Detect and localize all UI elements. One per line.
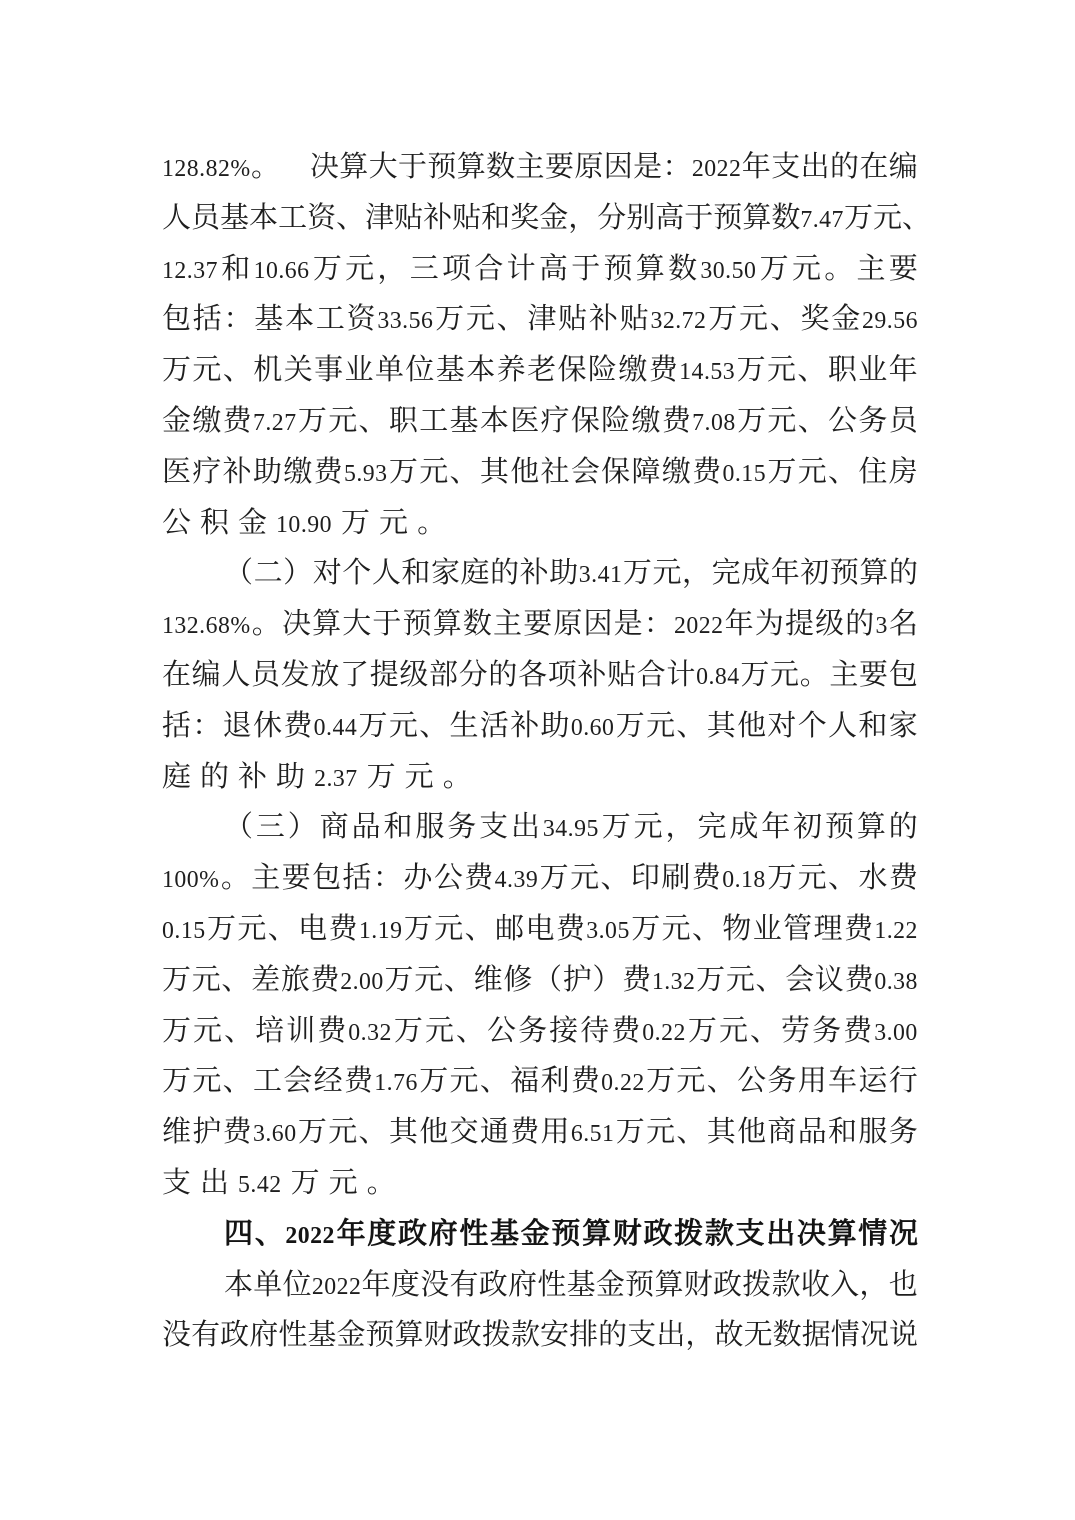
text-line: 万元、工会经费1.76万元、福利费0.22万元、公务用车运行 bbox=[162, 1056, 918, 1107]
cjk-char: 财 bbox=[684, 1260, 713, 1311]
cjk-char: 、 bbox=[692, 904, 721, 955]
cjk-char: ， bbox=[682, 548, 711, 599]
cjk-char: 奖 bbox=[800, 294, 829, 345]
cjk-char: 元 bbox=[726, 955, 755, 1006]
numeric-run: 12.37 bbox=[162, 246, 218, 295]
cjk-char: 要 bbox=[859, 650, 888, 701]
numeric-run: 3 bbox=[875, 601, 887, 650]
cjk-char: 、 bbox=[707, 1056, 736, 1107]
numeric-run: 1.76 bbox=[374, 1058, 418, 1107]
text-line: 括：退休费0.44万元、生活补助0.60万元、其他对个人和家 bbox=[162, 701, 918, 752]
cjk-char: ， bbox=[859, 1260, 888, 1311]
cjk-char: 数 bbox=[771, 193, 800, 244]
cjk-char: 万 bbox=[540, 853, 569, 904]
numeric-run: 2.00 bbox=[340, 957, 384, 1006]
cjk-char: 名 bbox=[889, 599, 918, 650]
cjk-char: 会 bbox=[571, 447, 600, 498]
cjk-char: 基 bbox=[567, 1260, 596, 1311]
numeric-run: 5.42 bbox=[238, 1160, 282, 1209]
cjk-char: 和 bbox=[383, 802, 412, 853]
cjk-char: 完 bbox=[697, 802, 726, 853]
cjk-char: 算 bbox=[654, 1260, 683, 1311]
cjk-char: 基 bbox=[450, 396, 479, 447]
cjk-char: 算 bbox=[828, 1209, 857, 1260]
cjk-char: 缴 bbox=[632, 396, 661, 447]
cjk-char: ） bbox=[283, 548, 312, 599]
cjk-char: 、 bbox=[224, 1006, 253, 1057]
cjk-char: 要 bbox=[282, 853, 311, 904]
cjk-char: 元 bbox=[192, 345, 221, 396]
numeric-run: 132.68% bbox=[162, 601, 251, 650]
cjk-char: 金 bbox=[336, 1310, 365, 1361]
numeric-run: 6.51 bbox=[571, 1109, 615, 1158]
cjk-char: 算 bbox=[339, 142, 368, 193]
cjk-char: 年 bbox=[337, 1209, 366, 1260]
cjk-char: 社 bbox=[541, 447, 570, 498]
numeric-run: 1.32 bbox=[652, 957, 696, 1006]
cjk-char: 金 bbox=[596, 1260, 625, 1311]
cjk-char: 况 bbox=[860, 1310, 889, 1361]
cjk-char: 福 bbox=[510, 1056, 539, 1107]
cjk-char: 、 bbox=[255, 1209, 284, 1260]
cjk-char: 元 bbox=[770, 650, 799, 701]
cjk-char: 家 bbox=[889, 701, 918, 752]
cjk-char: 度 bbox=[391, 1260, 420, 1311]
cjk-char: 庭 bbox=[461, 548, 490, 599]
cjk-char: 人 bbox=[372, 548, 401, 599]
cjk-char: 计 bbox=[666, 650, 695, 701]
cjk-char: 关 bbox=[284, 345, 313, 396]
cjk-char: 和 bbox=[481, 193, 510, 244]
cjk-char: 财 bbox=[424, 1310, 453, 1361]
cjk-char: 和 bbox=[858, 701, 887, 752]
cjk-char: 年 bbox=[771, 548, 800, 599]
cjk-char: 初 bbox=[800, 548, 829, 599]
cjk-char: 主 bbox=[829, 650, 858, 701]
text-line: 12.37和10.66万元，三项合计高于预算数30.50万元。主要 bbox=[162, 244, 918, 295]
numeric-run: 34.95 bbox=[543, 804, 599, 853]
cjk-char: 因 bbox=[604, 142, 633, 193]
cjk-char: 费 bbox=[223, 396, 252, 447]
cjk-char: 决 bbox=[310, 142, 339, 193]
cjk-char: 年 bbox=[889, 345, 918, 396]
cjk-char: 万 bbox=[767, 447, 796, 498]
cjk-char: 生 bbox=[450, 701, 479, 752]
numeric-run: 3.05 bbox=[586, 906, 630, 955]
cjk-char: 万 bbox=[623, 548, 652, 599]
cjk-char: 数 bbox=[668, 244, 697, 295]
cjk-char: 机 bbox=[253, 345, 282, 396]
cjk-char: 维 bbox=[162, 1107, 191, 1158]
cjk-char: 助 bbox=[253, 447, 282, 498]
cjk-char: 了 bbox=[340, 650, 369, 701]
cjk-char: 、 bbox=[828, 853, 857, 904]
cjk-char: 庭 bbox=[162, 752, 191, 803]
cjk-char: 万 bbox=[737, 396, 766, 447]
cjk-char: 度 bbox=[367, 1209, 396, 1260]
cjk-char: 办 bbox=[403, 853, 432, 904]
cjk-char: 疗 bbox=[541, 396, 570, 447]
cjk-char: ： bbox=[663, 142, 692, 193]
cjk-char: 贴 bbox=[620, 294, 649, 345]
cjk-char: 部 bbox=[429, 650, 458, 701]
cjk-char: 工 bbox=[278, 193, 307, 244]
cjk-char: 、 bbox=[223, 345, 252, 396]
cjk-char: 公 bbox=[487, 1006, 516, 1057]
cjk-char: 元 bbox=[652, 548, 681, 599]
cjk-char: 、 bbox=[359, 1107, 388, 1158]
cjk-char: 出 bbox=[766, 1209, 795, 1260]
cjk-char: 费 bbox=[571, 1056, 600, 1107]
cjk-char: 括 bbox=[162, 701, 191, 752]
cjk-char: 万 bbox=[740, 650, 769, 701]
cjk-char: 费 bbox=[464, 853, 493, 904]
cjk-char: 万 bbox=[207, 904, 236, 955]
cjk-char: 款 bbox=[772, 1260, 801, 1311]
cjk-char: 万 bbox=[616, 1107, 645, 1158]
cjk-char: 维 bbox=[474, 955, 503, 1006]
cjk-char: 通 bbox=[480, 1107, 509, 1158]
cjk-char: 对 bbox=[313, 548, 342, 599]
cjk-char: 基 bbox=[220, 193, 249, 244]
section-heading-line: 四、2022年度政府性基金预算财政拨款支出决算情况 bbox=[162, 1209, 918, 1260]
cjk-char: ： bbox=[373, 853, 402, 904]
cjk-char: 预 bbox=[604, 244, 633, 295]
cjk-char: 大 bbox=[342, 599, 371, 650]
cjk-char: 其 bbox=[707, 1107, 736, 1158]
cjk-char: 元 bbox=[798, 853, 827, 904]
cjk-char: 于 bbox=[398, 142, 427, 193]
cjk-char: 万 bbox=[298, 1107, 327, 1158]
cjk-char: 元 bbox=[570, 853, 599, 904]
cjk-char: 、 bbox=[770, 294, 799, 345]
cjk-char: 万 bbox=[389, 447, 418, 498]
numeric-run: 5.93 bbox=[344, 449, 388, 498]
cjk-char: 用 bbox=[541, 1107, 570, 1158]
cjk-char: 成 bbox=[729, 802, 758, 853]
cjk-char: 运 bbox=[858, 1056, 887, 1107]
cjk-char: 业 bbox=[858, 345, 887, 396]
cjk-char: 、 bbox=[756, 955, 785, 1006]
cjk-char: 算 bbox=[636, 244, 665, 295]
cjk-char: 元 bbox=[379, 498, 408, 549]
cjk-char: 万 bbox=[844, 193, 873, 244]
cjk-char: 员 bbox=[251, 650, 280, 701]
cjk-char: 其 bbox=[389, 1107, 418, 1158]
cjk-char: 算 bbox=[457, 142, 486, 193]
numeric-run: 0.22 bbox=[642, 1008, 686, 1057]
cjk-char: 费 bbox=[314, 447, 343, 498]
cjk-char: 贴 bbox=[607, 650, 636, 701]
cjk-char: 费 bbox=[692, 853, 721, 904]
cjk-char: 完 bbox=[712, 548, 741, 599]
cjk-char: 高 bbox=[539, 244, 568, 295]
cjk-char: 经 bbox=[314, 1056, 343, 1107]
cjk-char: 性 bbox=[537, 1260, 566, 1311]
numeric-run: 0.60 bbox=[571, 703, 615, 752]
cjk-char: 括 bbox=[193, 294, 222, 345]
cjk-char: 员 bbox=[889, 396, 918, 447]
cjk-char: 预 bbox=[830, 548, 859, 599]
cjk-char: ， bbox=[568, 193, 597, 244]
cjk-char: 他 bbox=[419, 1107, 448, 1158]
cjk-char: 差 bbox=[251, 955, 280, 1006]
cjk-char: 年 bbox=[725, 599, 754, 650]
cjk-char: 财 bbox=[613, 1209, 642, 1260]
cjk-char: 、 bbox=[221, 955, 250, 1006]
cjk-char: 万 bbox=[404, 904, 433, 955]
cjk-char: 算 bbox=[433, 599, 462, 650]
cjk-char: 提 bbox=[785, 599, 814, 650]
cjk-char: 支 bbox=[627, 1310, 656, 1361]
cjk-char: 对 bbox=[767, 701, 796, 752]
cjk-char: 出 bbox=[200, 1158, 229, 1209]
cjk-char: 年 bbox=[742, 142, 771, 193]
cjk-char: 费 bbox=[556, 904, 585, 955]
text-line: 本单位2022年度没有政府性基金预算财政拨款收入，也 bbox=[162, 1260, 918, 1311]
cjk-char: 据 bbox=[802, 1310, 831, 1361]
cjk-char: 退 bbox=[223, 701, 252, 752]
cjk-char: 电 bbox=[525, 904, 554, 955]
cjk-char: 情 bbox=[831, 1310, 860, 1361]
cjk-char: 单 bbox=[375, 345, 404, 396]
numeric-run: 0.44 bbox=[314, 703, 358, 752]
cjk-char: 公 bbox=[434, 853, 463, 904]
numeric-run: 0.18 bbox=[722, 855, 766, 904]
cjk-char: 预 bbox=[713, 193, 742, 244]
cjk-char: 政 bbox=[453, 1310, 482, 1361]
cjk-char: 费 bbox=[845, 955, 874, 1006]
cjk-char: 费 bbox=[283, 701, 312, 752]
cjk-char: 、 bbox=[450, 447, 479, 498]
cjk-char: 编 bbox=[192, 650, 221, 701]
cjk-char: 的 bbox=[889, 548, 918, 599]
cjk-char: 元 bbox=[434, 904, 463, 955]
cjk-char: 他 bbox=[510, 447, 539, 498]
cjk-char: 元 bbox=[345, 244, 374, 295]
cjk-char: 包 bbox=[162, 294, 191, 345]
cjk-char: 津 bbox=[365, 193, 394, 244]
cjk-char: 拨 bbox=[742, 1260, 771, 1311]
cjk-char: 、 bbox=[444, 955, 473, 1006]
cjk-char: 服 bbox=[415, 802, 444, 853]
cjk-char: 印 bbox=[631, 853, 660, 904]
cjk-char: 主 bbox=[493, 599, 522, 650]
cjk-char: 收 bbox=[801, 1260, 830, 1311]
cjk-char: 有 bbox=[191, 1310, 220, 1361]
cjk-char: 原 bbox=[574, 142, 603, 193]
cjk-char: ） bbox=[592, 955, 621, 1006]
cjk-char: 元 bbox=[405, 752, 434, 803]
numeric-run: 128.82% bbox=[162, 144, 251, 193]
cjk-char: 个 bbox=[798, 701, 827, 752]
cjk-char: 金 bbox=[539, 193, 568, 244]
text-line: 医疗补助缴费5.93万元、其他社会保障缴费0.15万元、住房 bbox=[162, 447, 918, 498]
cjk-char: 万 bbox=[696, 955, 725, 1006]
cjk-char: 无 bbox=[744, 1310, 773, 1361]
cjk-char: 补 bbox=[520, 548, 549, 599]
cjk-char: 个 bbox=[342, 548, 371, 599]
cjk-char: 算 bbox=[742, 193, 771, 244]
cjk-char: 万 bbox=[616, 701, 645, 752]
cjk-char: 助 bbox=[541, 701, 570, 752]
cjk-char: 缴 bbox=[283, 447, 312, 498]
cjk-char: 元 bbox=[798, 447, 827, 498]
text-line: 公积金10.90万元。 bbox=[162, 498, 918, 549]
cjk-char: 政 bbox=[643, 1209, 672, 1260]
numeric-run: 3.41 bbox=[579, 550, 623, 599]
cjk-char: 的 bbox=[598, 1310, 627, 1361]
cjk-char: 四 bbox=[224, 1209, 253, 1260]
cjk-char: 费 bbox=[344, 1056, 373, 1107]
cjk-char: 保 bbox=[571, 396, 600, 447]
cjk-char: 在 bbox=[859, 142, 888, 193]
text-line: 庭的补助2.37万元。 bbox=[162, 752, 918, 803]
cjk-char: 费 bbox=[223, 1107, 252, 1158]
text-line: 0.15万元、电费1.19万元、邮电费3.05万元、物业管理费1.22 bbox=[162, 904, 918, 955]
cjk-char: 、 bbox=[797, 345, 826, 396]
cjk-char: 管 bbox=[783, 904, 812, 955]
cjk-char: 和 bbox=[828, 1107, 857, 1158]
cjk-char: 各 bbox=[518, 650, 547, 701]
cjk-char: 预 bbox=[366, 1310, 395, 1361]
cjk-char: 、 bbox=[456, 1006, 485, 1057]
cjk-char: 位 bbox=[283, 1260, 312, 1311]
cjk-char: 行 bbox=[889, 1056, 918, 1107]
cjk-char: ： bbox=[644, 599, 673, 650]
cjk-char: 务 bbox=[858, 396, 887, 447]
cjk-char: 元 bbox=[767, 396, 796, 447]
cjk-char: 缴 bbox=[618, 345, 647, 396]
cjk-char: 元 bbox=[873, 193, 902, 244]
cjk-char: 、 bbox=[676, 1107, 705, 1158]
cjk-char: 工 bbox=[316, 294, 345, 345]
cjk-char: 主 bbox=[516, 142, 545, 193]
cjk-char: ： bbox=[192, 701, 221, 752]
cjk-char: 高 bbox=[655, 193, 684, 244]
cjk-char: 公 bbox=[828, 396, 857, 447]
cjk-char: 发 bbox=[281, 650, 310, 701]
cjk-char: 金 bbox=[521, 1209, 550, 1260]
cjk-char: 。 bbox=[251, 142, 280, 193]
cjk-char: 、 bbox=[601, 853, 630, 904]
cjk-char: 有 bbox=[449, 1260, 478, 1311]
cjk-char: 包 bbox=[312, 853, 341, 904]
cjk-char: 元 bbox=[425, 1006, 454, 1057]
cjk-char: 训 bbox=[286, 1006, 315, 1057]
cjk-char: 水 bbox=[858, 853, 887, 904]
cjk-char: 性 bbox=[459, 1209, 488, 1260]
cjk-char: 费 bbox=[889, 853, 918, 904]
cjk-char: 。 bbox=[252, 599, 281, 650]
numeric-run: 2022 bbox=[692, 144, 742, 193]
cjk-char: 活 bbox=[480, 701, 509, 752]
cjk-char: 排 bbox=[569, 1310, 598, 1361]
cjk-char: 交 bbox=[450, 1107, 479, 1158]
cjk-char: 补 bbox=[223, 447, 252, 498]
cjk-char: 金 bbox=[162, 396, 191, 447]
cjk-char: 服 bbox=[858, 1107, 887, 1158]
cjk-char: 元 bbox=[739, 294, 768, 345]
cjk-char: 合 bbox=[474, 244, 503, 295]
cjk-char: 疗 bbox=[192, 447, 221, 498]
cjk-char: ： bbox=[224, 294, 253, 345]
cjk-char: 、 bbox=[750, 1006, 779, 1057]
cjk-char: 议 bbox=[815, 955, 844, 1006]
text-line: 没有政府性基金预算财政拨款安排的支出，故无数据情况说 bbox=[162, 1310, 918, 1361]
cjk-char: 商 bbox=[767, 1107, 796, 1158]
cjk-char: 住 bbox=[858, 447, 887, 498]
cjk-char: 元 bbox=[329, 1158, 358, 1209]
cjk-char: 原 bbox=[553, 599, 582, 650]
numeric-run: 0.84 bbox=[696, 652, 740, 701]
cjk-char: 预 bbox=[825, 802, 854, 853]
cjk-char: 的 bbox=[845, 599, 874, 650]
numeric-run: 3.60 bbox=[253, 1109, 297, 1158]
cjk-char: 费 bbox=[622, 955, 651, 1006]
cjk-char: 元 bbox=[328, 396, 357, 447]
cjk-char: 津 bbox=[527, 294, 556, 345]
numeric-run: 7.08 bbox=[692, 398, 736, 447]
text-line: 人员基本工资、津贴补贴和奖金，分别高于预算数7.47万元、 bbox=[162, 193, 918, 244]
cjk-char: 支 bbox=[736, 1209, 765, 1260]
cjk-char: 府 bbox=[429, 1209, 458, 1260]
cjk-char: 护 bbox=[192, 1107, 221, 1158]
cjk-char: 也 bbox=[889, 1260, 918, 1311]
cjk-char: 没 bbox=[420, 1260, 449, 1311]
cjk-char: 职 bbox=[828, 345, 857, 396]
cjk-char: 物 bbox=[722, 904, 751, 955]
cjk-char: 支 bbox=[162, 1158, 191, 1209]
cjk-char: 的 bbox=[200, 752, 229, 803]
cjk-char: 贴 bbox=[558, 294, 587, 345]
cjk-char: 缴 bbox=[662, 447, 691, 498]
cjk-char: 的 bbox=[830, 142, 859, 193]
cjk-char: 初 bbox=[793, 802, 822, 853]
cjk-char: 拨 bbox=[482, 1310, 511, 1361]
cjk-char: 职 bbox=[389, 396, 418, 447]
cjk-char: 况 bbox=[889, 1209, 918, 1260]
numeric-run: 0.22 bbox=[601, 1058, 645, 1107]
cjk-char: 算 bbox=[857, 802, 886, 853]
cjk-char: 本 bbox=[285, 294, 314, 345]
cjk-char: 的 bbox=[490, 548, 519, 599]
cjk-char: 位 bbox=[405, 345, 434, 396]
cjk-char: 邮 bbox=[495, 904, 524, 955]
cjk-char: 单 bbox=[253, 1260, 282, 1311]
cjk-char: 元 bbox=[419, 447, 448, 498]
text-line: （二）对个人和家庭的补助3.41万元，完成年初预算的 bbox=[162, 548, 918, 599]
cjk-char: 、 bbox=[268, 904, 297, 955]
cjk-char: 人 bbox=[221, 650, 250, 701]
cjk-char: 款 bbox=[705, 1209, 734, 1260]
cjk-char: 主 bbox=[857, 244, 886, 295]
cjk-char: 。 bbox=[443, 752, 472, 803]
cjk-char: 合 bbox=[637, 650, 666, 701]
cjk-char: 保 bbox=[601, 447, 630, 498]
cjk-char: 。 bbox=[221, 853, 250, 904]
cjk-char: 万 bbox=[737, 345, 766, 396]
cjk-char: 算 bbox=[312, 599, 341, 650]
cjk-char: ， bbox=[377, 244, 406, 295]
cjk-char: 万 bbox=[341, 498, 370, 549]
cjk-char: 别 bbox=[626, 193, 655, 244]
cjk-char: 没 bbox=[162, 1310, 191, 1361]
cjk-char: 的 bbox=[889, 802, 918, 853]
cjk-char: 元 bbox=[237, 904, 266, 955]
cjk-char: 政 bbox=[713, 1260, 742, 1311]
cjk-char: 万 bbox=[359, 701, 388, 752]
